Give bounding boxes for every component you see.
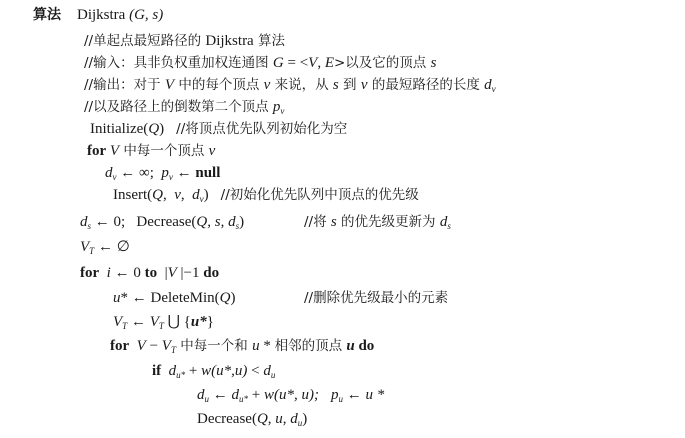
math-var: G — [273, 55, 284, 71]
keyword-if: if — [152, 363, 161, 379]
comment-text: >以及它的顶点 — [334, 55, 431, 71]
math-var: V — [308, 55, 317, 71]
math-var: V — [165, 77, 174, 93]
math-op: , — [317, 55, 325, 71]
line-for-i: for i ← 0 to |V |−1 do — [80, 264, 219, 282]
math-var: u — [113, 290, 121, 306]
math-var: u* — [191, 314, 207, 330]
code-text: ⋃ { — [164, 314, 191, 330]
code-text: ← — [209, 387, 232, 403]
code-text: − — [146, 338, 162, 354]
math-var: d — [290, 411, 298, 427]
math-var: d — [192, 187, 200, 203]
code-comment: //初始化优先队列中顶点的优先级 — [221, 187, 419, 203]
comment-deletemin: //删除优先级最小的元素 — [304, 289, 448, 307]
math-args: (u*, u); — [274, 387, 319, 403]
code-text: * — [121, 290, 129, 306]
line-insert: Insert(Q, v, dv)//初始化优先队列中顶点的优先级 — [113, 186, 419, 204]
line-vt-union: VT ← VT ⋃ {u*} — [113, 313, 214, 331]
line-source-decrease: ds ← 0; Decrease(Q, s, ds) — [80, 213, 244, 231]
math-subscript: u* — [239, 394, 248, 404]
line-vt-empty: VT ← ∅ — [80, 238, 130, 256]
math-op: = < — [284, 55, 308, 71]
math-var: d — [263, 363, 271, 379]
code-text: , — [207, 214, 215, 230]
math-var: u — [346, 338, 354, 354]
code-text: ) — [302, 411, 307, 427]
math-var: V — [150, 314, 159, 330]
math-var: v — [209, 143, 216, 159]
code-text: 中每一个和 — [176, 338, 252, 354]
code-text: ← ∞; — [117, 165, 162, 181]
math-var: Q — [152, 187, 163, 203]
line-if-relax: if du* + w(u*,u) < du — [152, 362, 275, 380]
algorithm-name: Dijkstra — [77, 7, 125, 23]
math-var: Q — [220, 290, 231, 306]
code-text: | — [157, 265, 168, 281]
line-initialize: Initialize(Q)//将顶点优先队列初始化为空 — [90, 120, 347, 138]
code-text: ← 0 — [111, 265, 145, 281]
comment-line-2: //输入：具非负权重加权连通图 G = <V, E>以及它的顶点 s — [84, 54, 436, 72]
line-update-du-pu: du ← du* + w(u*, u);pu ← u * — [197, 386, 384, 404]
math-var: w — [201, 363, 211, 379]
comment-text: 中的每个顶点 — [174, 77, 264, 93]
code-text: ) — [159, 121, 164, 137]
math-var: u * — [365, 387, 384, 403]
line-for-neighbors: for V − VT 中每一个和 u * 相邻的顶点 u do — [110, 337, 374, 355]
math-var: V — [137, 338, 146, 354]
code-text: , — [163, 187, 174, 203]
line-for-each-vertex: for V 中每一个顶点 v — [87, 142, 215, 160]
comment-name: Dijkstra — [205, 33, 253, 49]
math-var: d — [197, 387, 205, 403]
math-var: V — [110, 143, 119, 159]
line-init-dv-pv: dv ← ∞; pv ← null — [105, 164, 220, 182]
math-var: p — [161, 165, 169, 181]
code-text: , — [221, 214, 229, 230]
comment-text: 算法 — [254, 33, 285, 49]
math-var: Q — [148, 121, 159, 137]
keyword-for: for — [110, 338, 129, 354]
math-args: (u*,u) — [211, 363, 247, 379]
comment-text: 来说，从 — [270, 77, 333, 93]
algorithm-label: 算法 — [33, 7, 61, 23]
code-text: + — [185, 363, 201, 379]
math-var: v — [361, 77, 368, 93]
code-comment: //将 — [304, 214, 331, 230]
keyword-do: do — [203, 265, 219, 281]
code-text: Decrease( — [197, 411, 257, 427]
algorithm-header: 算法Dijkstra (G, s) — [33, 6, 163, 24]
math-var: d — [232, 387, 240, 403]
comment-text: //输入：具非负权重加权连通图 — [84, 55, 273, 71]
math-var: d — [105, 165, 113, 181]
code-text: ← 0; Decrease( — [91, 214, 196, 230]
code-text: * — [260, 338, 275, 354]
math-var: Q — [257, 411, 268, 427]
algorithm-params: (G, s) — [129, 7, 163, 23]
line-decrease-u: Decrease(Q, u, du) — [197, 410, 307, 428]
comment-source-decrease: //将 s 的优先级更新为 ds — [304, 213, 451, 231]
code-text: , — [181, 187, 192, 203]
math-subscript: u* — [176, 370, 185, 380]
code-text: ← DeleteMin( — [128, 290, 220, 306]
code-text: Insert( — [113, 187, 152, 203]
math-var: V — [80, 239, 89, 255]
code-text: ) — [230, 290, 235, 306]
code-text: ← — [127, 314, 150, 330]
math-var: E — [325, 55, 334, 71]
code-comment: //将顶点优先队列初始化为空 — [176, 121, 347, 137]
math-var: d — [484, 77, 492, 93]
comment-line-4: //以及路径上的倒数第二个顶点 pv — [84, 98, 284, 116]
code-text: < — [247, 363, 263, 379]
comment-text: 的最短路径的长度 — [368, 77, 485, 93]
code-text: } — [207, 314, 214, 330]
math-subscript: s — [447, 221, 451, 231]
code-text: |−1 — [177, 265, 203, 281]
math-var: d — [80, 214, 88, 230]
comment-text: 到 — [339, 77, 361, 93]
math-var: s — [431, 55, 437, 71]
comment-line-3: //输出：对于 V 中的每个顶点 v 来说，从 s 到 v 的最短路径的长度 d… — [84, 76, 496, 94]
comment-text: //输出：对于 — [84, 77, 165, 93]
math-var: u — [252, 338, 260, 354]
code-text: + — [248, 387, 264, 403]
math-subscript: v — [492, 84, 496, 94]
math-var: V — [113, 314, 122, 330]
code-text: ← — [343, 387, 366, 403]
code-text: ) — [239, 214, 244, 230]
line-deletemin: u* ← DeleteMin(Q) — [113, 289, 235, 307]
keyword-for: for — [87, 143, 106, 159]
keyword-for: for — [80, 265, 99, 281]
code-comment: //删除优先级最小的元素 — [304, 290, 448, 306]
math-var: V — [162, 338, 171, 354]
code-comment: 的优先级更新为 — [337, 214, 440, 230]
math-var: Q — [196, 214, 207, 230]
comment-text: //以及路径上的倒数第二个顶点 — [84, 99, 273, 115]
comment-line-1: //单起点最短路径的 Dijkstra 算法 — [84, 32, 285, 50]
math-subscript: u — [271, 370, 276, 380]
math-var: u — [275, 411, 283, 427]
comment-text: //单起点最短路径的 — [84, 33, 205, 49]
keyword-to: to — [145, 265, 158, 281]
keyword-do: do — [358, 338, 374, 354]
code-text: ← — [173, 165, 196, 181]
keyword-null: null — [195, 165, 220, 181]
code-text: Initialize( — [90, 121, 148, 137]
code-text: ← ∅ — [94, 239, 130, 255]
math-var: w — [264, 387, 274, 403]
math-var: v — [174, 187, 181, 203]
math-subscript: v — [280, 106, 284, 116]
math-var: d — [228, 214, 236, 230]
math-var: V — [168, 265, 177, 281]
code-text: 相邻的顶点 — [275, 338, 347, 354]
code-text: 中每一个顶点 — [119, 143, 209, 159]
code-text: ) — [204, 187, 209, 203]
